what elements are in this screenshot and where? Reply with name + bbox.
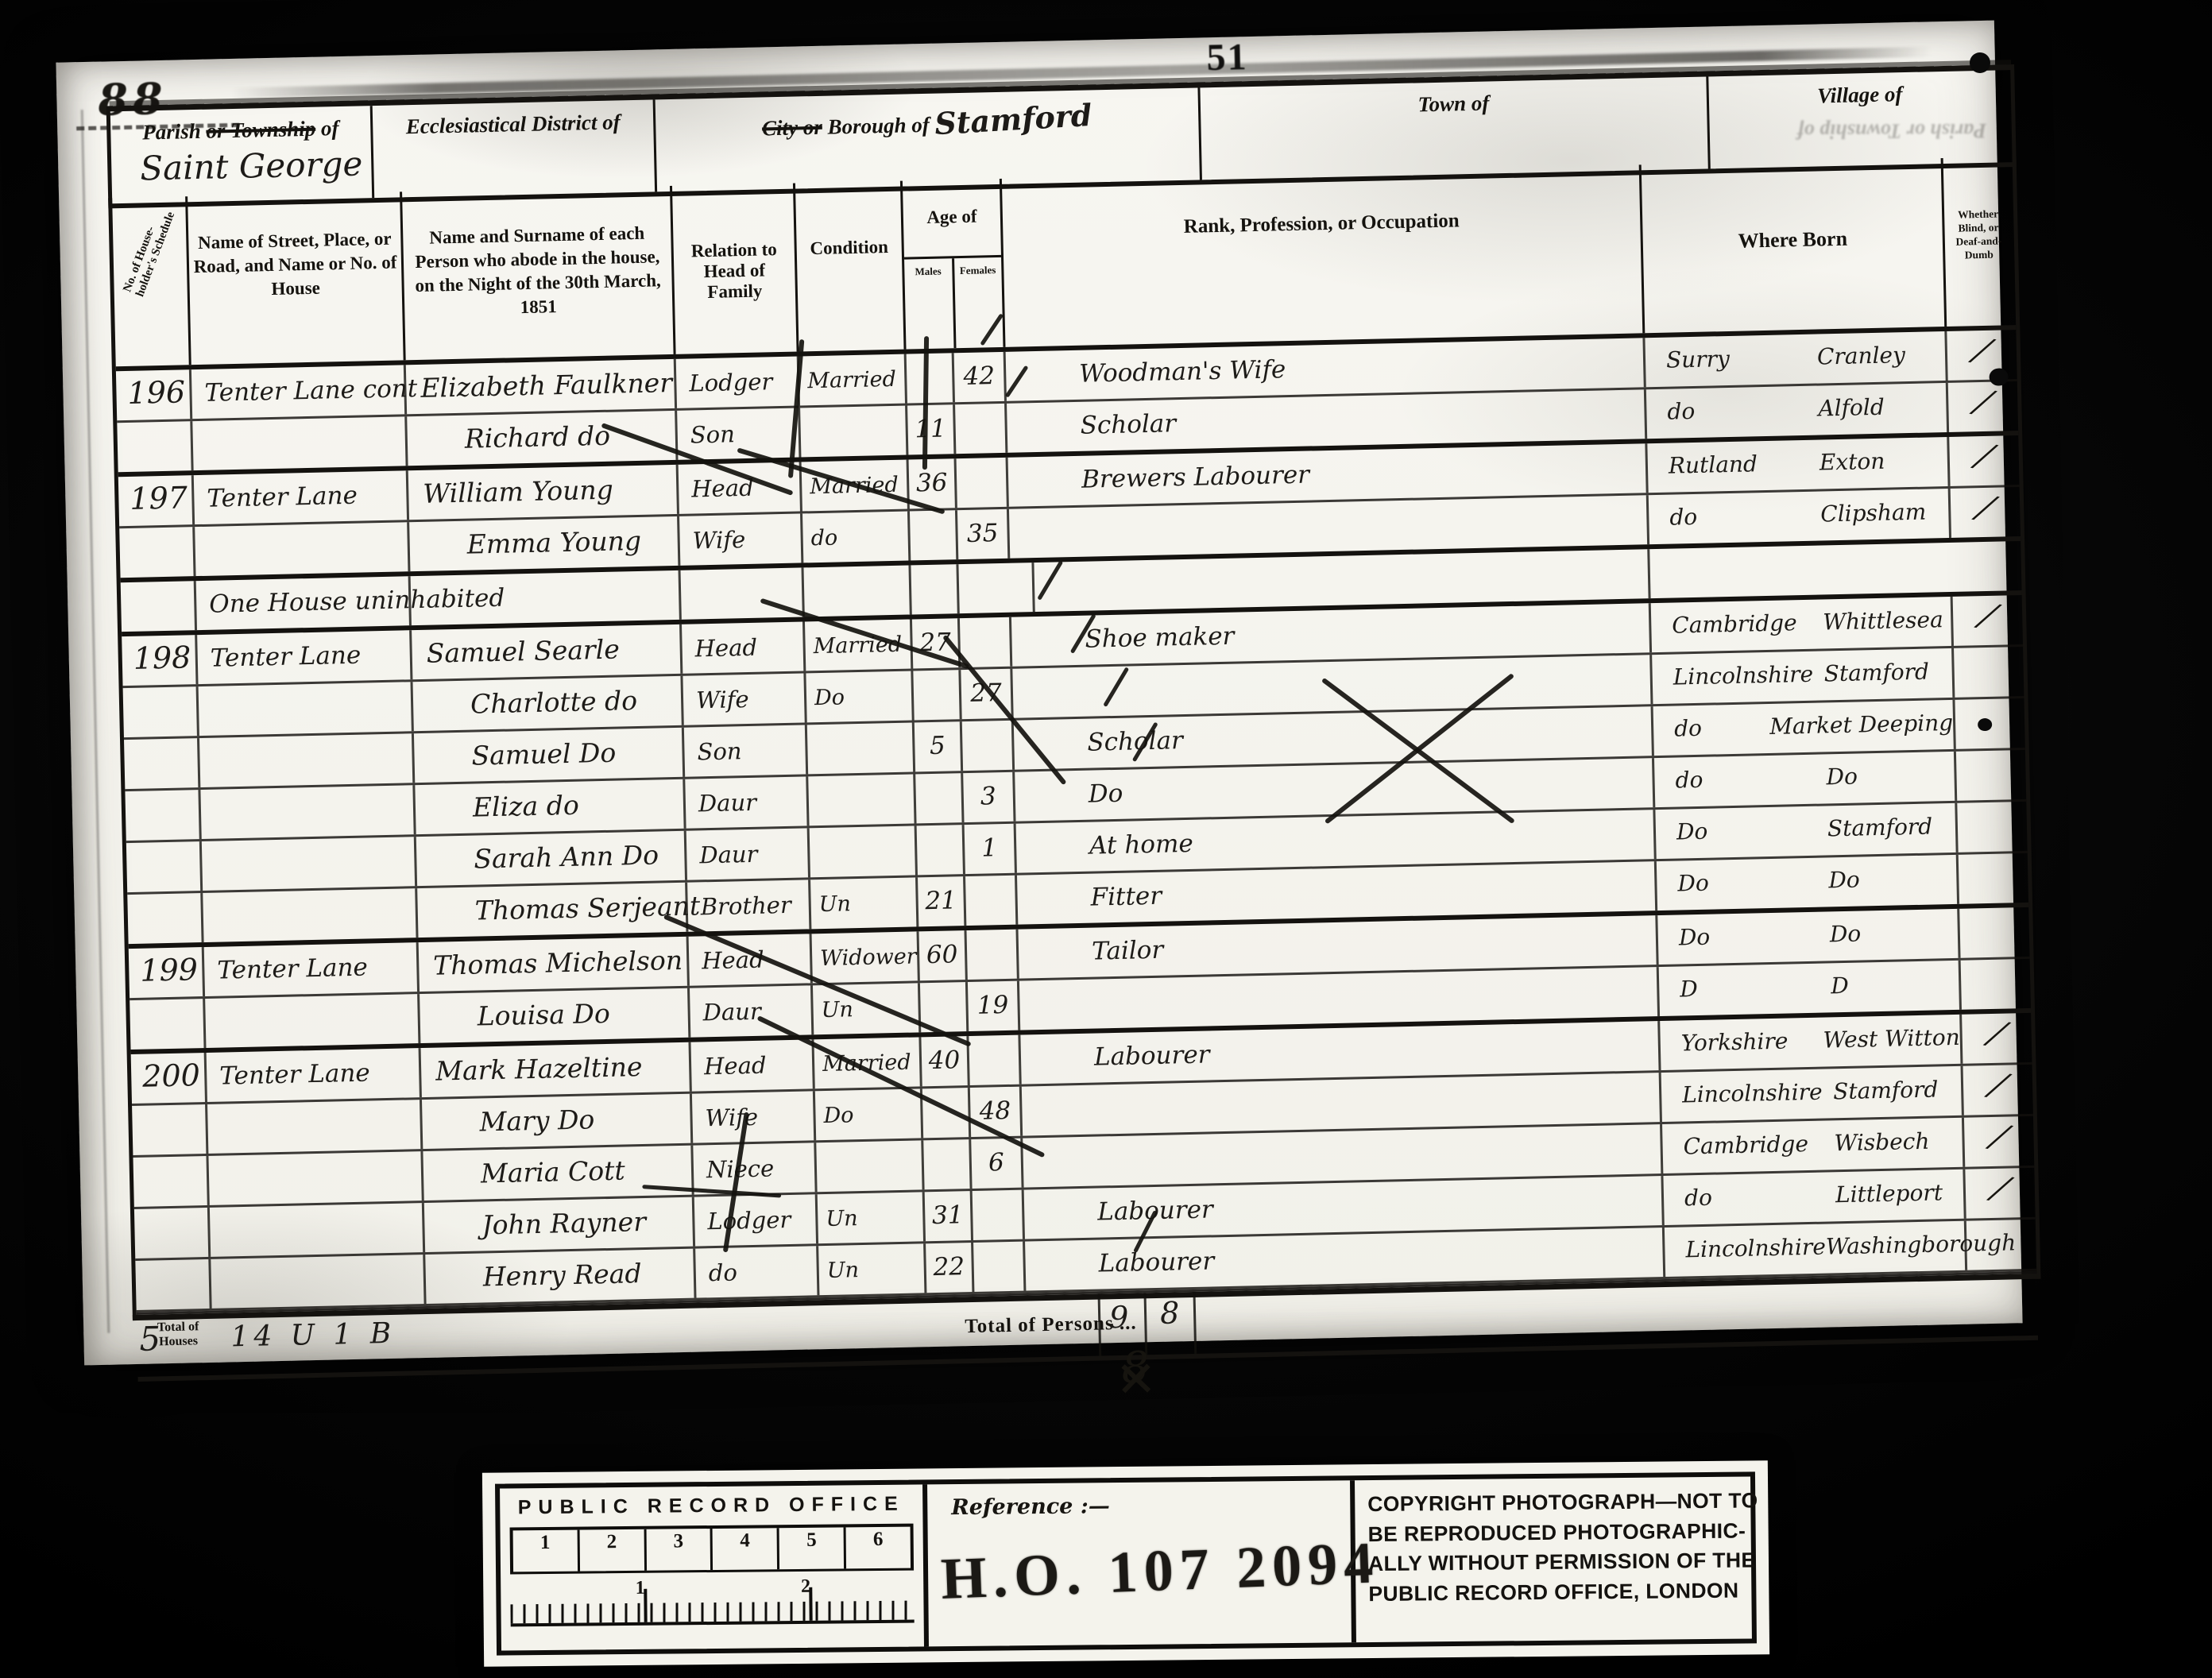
cell-condition: Un bbox=[818, 1192, 926, 1243]
totals-box-line bbox=[1193, 1292, 1197, 1354]
col-age-header: Age of Males Females bbox=[903, 179, 1006, 350]
enumerator-tick: ∕ bbox=[1974, 377, 1992, 427]
folio-number: 51 bbox=[1206, 35, 1248, 79]
born-place: Wisbech bbox=[1834, 1128, 1930, 1170]
cell-age_m bbox=[910, 510, 958, 560]
parish-value: Saint George bbox=[140, 144, 363, 188]
cell-schedule bbox=[130, 999, 206, 1050]
cell-name: William Young bbox=[408, 465, 679, 520]
total-males-value: 9 bbox=[1109, 1300, 1129, 1336]
enumeration-table: No. of House- holder's Schedule Name of … bbox=[108, 157, 2040, 1320]
ruler-number: 2 bbox=[801, 1576, 810, 1598]
ruler-ticks bbox=[510, 1601, 914, 1624]
born-county: Cambridge bbox=[1683, 1130, 1835, 1173]
cell-name: Charlotte do bbox=[413, 676, 684, 731]
born-county: do bbox=[1684, 1181, 1836, 1224]
born-county: do bbox=[1675, 764, 1827, 806]
enumerator-tick: ∕ bbox=[1975, 431, 1993, 481]
cell-street bbox=[200, 785, 416, 839]
cell-blind: ∕ bbox=[1962, 1013, 2030, 1064]
enumerator-tick: ∕ bbox=[1988, 1009, 2005, 1058]
cell-street bbox=[205, 994, 420, 1048]
cell-condition: Un bbox=[818, 1243, 926, 1295]
cell-relation: Daur bbox=[690, 985, 814, 1037]
cell-age_f bbox=[973, 1242, 1026, 1292]
ruler-inch-1: 1 bbox=[513, 1530, 580, 1572]
born-place: Do bbox=[1830, 921, 1862, 961]
reference-value-stamp: H.O. 107 2094 bbox=[940, 1529, 1381, 1614]
cell-name: Thomas Serjeant bbox=[417, 883, 688, 938]
cell-blind bbox=[1959, 907, 2028, 958]
cell-schedule bbox=[124, 738, 200, 789]
cell-age_m: 60 bbox=[919, 930, 968, 980]
enumerator-tick: ∕ bbox=[1974, 326, 1991, 375]
paper-fold-line bbox=[81, 110, 110, 1333]
cell-relation: Niece bbox=[693, 1143, 817, 1194]
cell-condition: Do bbox=[815, 1088, 923, 1140]
cell-age_f bbox=[962, 721, 1015, 771]
cell-condition: Do bbox=[806, 671, 914, 722]
cell-age_f: 19 bbox=[968, 981, 1020, 1031]
reference-label: Reference :— bbox=[951, 1491, 1350, 1520]
cell-relation: Daur bbox=[686, 828, 810, 880]
pro-reference-box: Reference :— H.O. 107 2094 bbox=[927, 1480, 1356, 1646]
cell-schedule bbox=[135, 1259, 211, 1310]
born-place: Do bbox=[1826, 764, 1858, 804]
cell-street bbox=[203, 888, 418, 942]
parish-label-pre: Parish bbox=[142, 119, 201, 145]
cell-born: doLittleport bbox=[1663, 1170, 1966, 1225]
cell-schedule bbox=[133, 1156, 209, 1207]
born-place: Whittlesea bbox=[1823, 606, 1943, 648]
cell-age_f: 1 bbox=[965, 824, 1017, 874]
cell-blind bbox=[1959, 853, 2027, 904]
cell-relation: Head bbox=[690, 1039, 814, 1091]
col-relation-header: Relation to Head of Family bbox=[672, 184, 799, 354]
cell-born: SurryCranley bbox=[1645, 331, 1947, 387]
born-county: do bbox=[1674, 713, 1770, 756]
born-place: Do bbox=[1828, 867, 1860, 907]
cell-street bbox=[192, 416, 408, 470]
cell-relation bbox=[411, 570, 682, 625]
cell-schedule bbox=[125, 790, 201, 841]
cell-born: doClipsham bbox=[1649, 489, 1951, 544]
cell-born: CambridgeWisbech bbox=[1662, 1118, 1965, 1173]
cell-age_m: 21 bbox=[918, 876, 966, 926]
cell-age_m: 5 bbox=[915, 721, 963, 771]
total-females-value: 8 bbox=[1160, 1295, 1180, 1331]
born-county: Do bbox=[1677, 867, 1829, 910]
town-label: Town of bbox=[1200, 77, 1707, 122]
born-place: Market Deeping bbox=[1769, 709, 1954, 753]
borough-label: City or Borough of Stamford bbox=[655, 87, 1199, 145]
cell-relation: Lodger bbox=[676, 356, 800, 408]
cell-street: Tenter Lane bbox=[197, 630, 412, 684]
cell-schedule: 196 bbox=[116, 369, 192, 420]
cell-relation: do bbox=[695, 1246, 819, 1297]
cell-blind bbox=[1956, 750, 2024, 801]
born-county: Lincolnshire bbox=[1673, 660, 1824, 703]
cell-street bbox=[199, 682, 414, 736]
cell-born: LincolnshireWashingborough bbox=[1665, 1221, 1967, 1277]
margin-houses-count: 5 bbox=[139, 1319, 161, 1359]
born-county: Do bbox=[1676, 815, 1828, 858]
cell-age_m bbox=[803, 565, 911, 617]
cell-relation: Wife bbox=[683, 673, 806, 725]
cell-schedule: 200 bbox=[131, 1053, 207, 1104]
cell-street bbox=[210, 1203, 425, 1257]
cell-relation: Son bbox=[684, 725, 808, 776]
crossed-out-figure: 8 bbox=[1121, 1342, 1150, 1393]
ruler-inch-2: 2 bbox=[579, 1529, 646, 1572]
cell-schedule bbox=[117, 421, 193, 472]
cell-blind: ∕ bbox=[1965, 1168, 2033, 1219]
col-street-header: Name of Street, Place, or Road, and Name… bbox=[188, 191, 406, 365]
cell-condition bbox=[807, 722, 915, 774]
cell-condition bbox=[816, 1140, 924, 1192]
ruler-inch-4: 4 bbox=[713, 1528, 779, 1570]
cell-schedule: 198 bbox=[122, 635, 198, 686]
cell-born: DD bbox=[1659, 961, 1962, 1016]
cell-blind: ∕ bbox=[1953, 595, 2021, 646]
ruler-inch-5: 5 bbox=[779, 1527, 846, 1569]
copyright-line: BE REPRODUCED PHOTOGRAPHIC- bbox=[1367, 1516, 1739, 1549]
total-houses-value: 14 U 1 B bbox=[230, 1317, 396, 1354]
cell-street bbox=[199, 733, 415, 787]
born-place: Stamford bbox=[1827, 814, 1933, 856]
cell-name: Samuel Searle bbox=[412, 624, 683, 679]
borough-label-struck: City or bbox=[762, 115, 822, 141]
scanned-census-photograph: 88 51 Parish or Township of Saint George… bbox=[0, 0, 2212, 1678]
cell-blind: ∕ bbox=[1949, 435, 2017, 486]
copyright-line: ALLY WITHOUT PERMISSION OF THE bbox=[1368, 1546, 1740, 1579]
born-place: Clipsham bbox=[1820, 499, 1927, 541]
born-county: D bbox=[1680, 972, 1831, 1015]
born-place: Stamford bbox=[1833, 1076, 1939, 1118]
cell-name: Elizabeth Faulkner bbox=[406, 359, 677, 414]
cell-born: CambridgeWhittlesea bbox=[1651, 597, 1954, 652]
cell-relation: Daur bbox=[685, 776, 809, 828]
cell-relation: Wife bbox=[692, 1091, 816, 1143]
cell-born: doDo bbox=[1654, 752, 1957, 807]
pro-reference-plate: PUBLIC RECORD OFFICE 123456 1 2 Referenc… bbox=[482, 1460, 1769, 1667]
cell-age_f: 42 bbox=[954, 352, 1007, 402]
cell-age_f: 3 bbox=[963, 772, 1015, 822]
cell-name: Thomas Michelson bbox=[419, 937, 690, 992]
cell-born: DoDo bbox=[1657, 855, 1959, 911]
cell-street: Tenter Lane bbox=[194, 470, 409, 524]
cell-age_f bbox=[955, 404, 1007, 454]
cell-age_m bbox=[922, 1088, 971, 1138]
born-county: Do bbox=[1679, 921, 1831, 964]
cell-age_f: 35 bbox=[957, 509, 1010, 559]
cell-name: Emma Young bbox=[409, 516, 680, 571]
cell-age_m bbox=[923, 1139, 972, 1189]
cell-schedule bbox=[119, 527, 195, 578]
cell-condition bbox=[808, 774, 916, 825]
borough-value: Stamford bbox=[934, 97, 1092, 141]
born-place: Cranley bbox=[1817, 342, 1906, 383]
census-page: 88 51 Parish or Township of Saint George… bbox=[56, 21, 2022, 1366]
cell-condition: Un bbox=[810, 877, 918, 929]
cell-age_m bbox=[915, 773, 964, 823]
district-cell: Ecclesiastical District of bbox=[373, 99, 657, 198]
born-county: do bbox=[1667, 396, 1819, 439]
pro-plate-frame: PUBLIC RECORD OFFICE 123456 1 2 Referenc… bbox=[495, 1471, 1757, 1655]
col-schedule-header-text: No. of House- holder's Schedule bbox=[121, 196, 183, 299]
cell-schedule bbox=[123, 686, 199, 737]
cell-condition bbox=[681, 567, 805, 619]
col-males-header: Males bbox=[904, 258, 956, 349]
cell-name: Samuel Do bbox=[414, 728, 685, 783]
cell-schedule bbox=[134, 1208, 211, 1258]
cell-relation: Wife bbox=[679, 513, 803, 565]
born-place: D bbox=[1831, 972, 1850, 1012]
pro-copyright-box: COPYRIGHT PHOTOGRAPH—NOT TOBE REPRODUCED… bbox=[1355, 1476, 1752, 1642]
cell-street: One House uninhabited bbox=[196, 576, 412, 630]
cell-condition: Married bbox=[814, 1037, 922, 1088]
cell-name: Louisa Do bbox=[420, 988, 690, 1043]
cell-schedule bbox=[121, 581, 197, 632]
ruler-inch-6: 6 bbox=[846, 1527, 911, 1569]
col-females-header: Females bbox=[954, 257, 1004, 348]
cell-age_m: 22 bbox=[926, 1243, 974, 1293]
cell-relation: Lodger bbox=[694, 1194, 818, 1246]
cell-age_f bbox=[911, 564, 959, 614]
born-place: Exton bbox=[1819, 448, 1885, 489]
cell-name: Henry Read bbox=[425, 1249, 696, 1304]
borough-label-post: Borough of bbox=[827, 113, 930, 139]
cell-born: RutlandExton bbox=[1647, 437, 1950, 493]
cell-age_m bbox=[907, 353, 955, 403]
parish-label-struck: or Township bbox=[206, 117, 315, 143]
cell-street: Tenter Lane bbox=[204, 942, 420, 996]
cell-schedule bbox=[127, 893, 203, 944]
cell-age_m bbox=[913, 670, 961, 720]
parish-cell: Parish or Township of Saint George bbox=[110, 106, 374, 203]
cell-relation: Brother bbox=[687, 880, 811, 931]
born-county: Lincolnshire bbox=[1682, 1078, 1834, 1121]
cell-street bbox=[207, 1100, 423, 1154]
cell-name: Mark Hazeltine bbox=[421, 1042, 692, 1097]
cell-age_f bbox=[957, 458, 1009, 508]
enumerator-tick: ∕ bbox=[1990, 1112, 2008, 1162]
cell-condition: do bbox=[802, 512, 911, 563]
pro-ruler-box: PUBLIC RECORD OFFICE 123456 1 2 bbox=[500, 1484, 929, 1650]
district-label: Ecclesiastical District of bbox=[373, 99, 654, 140]
born-county: Rutland bbox=[1669, 450, 1820, 493]
ruler-inch-scale: 123456 bbox=[510, 1524, 915, 1575]
cell-street bbox=[211, 1255, 426, 1309]
cell-blind bbox=[1961, 959, 2029, 1010]
ruler-sub-scale: 1 2 bbox=[510, 1571, 915, 1627]
cell-relation: Head bbox=[689, 934, 813, 985]
born-county: Lincolnshire bbox=[1685, 1234, 1826, 1277]
cell-age_f bbox=[960, 617, 1012, 667]
enumeration-rows: 196Tenter Lane contElizabeth FaulknerLod… bbox=[116, 330, 2036, 1313]
cell-street bbox=[202, 837, 417, 891]
cell-name: Sarah Ann Do bbox=[416, 831, 687, 886]
born-county: Yorkshire bbox=[1680, 1027, 1823, 1070]
cell-born: LincolnshireStamford bbox=[1652, 648, 1955, 704]
cell-age_f: 6 bbox=[971, 1139, 1023, 1189]
enumerator-tick: ∕ bbox=[1990, 1061, 2007, 1110]
cell-condition: Un bbox=[813, 983, 921, 1034]
cell-blind: ∕ bbox=[1964, 1116, 2032, 1167]
cell-street bbox=[195, 522, 410, 576]
cell-condition bbox=[800, 406, 908, 458]
cell-name: Eliza do bbox=[415, 779, 686, 834]
ghost-printthrough-text: Parish or Township of bbox=[1797, 118, 1986, 143]
copyright-line: COPYRIGHT PHOTOGRAPH—NOT TO bbox=[1367, 1487, 1739, 1520]
cell-name: John Rayner bbox=[424, 1197, 695, 1252]
born-place: Alfold bbox=[1818, 394, 1885, 435]
ruler-inch-3: 3 bbox=[646, 1529, 713, 1571]
copyright-line: PUBLIC RECORD OFFICE, LONDON bbox=[1368, 1576, 1740, 1609]
cell-schedule: 199 bbox=[129, 947, 205, 998]
cell-schedule: 197 bbox=[118, 475, 195, 526]
enumerator-tick: ∕ bbox=[1977, 483, 1994, 532]
born-county: Cambridge bbox=[1672, 609, 1823, 651]
born-place: Stamford bbox=[1823, 659, 1929, 701]
col-occupation-header: Rank, Profession, or Occupation bbox=[1002, 164, 1645, 347]
cell-age_f bbox=[965, 876, 1018, 926]
cell-age_f bbox=[969, 1035, 1021, 1085]
cell-condition: Widower bbox=[812, 931, 920, 983]
cell-street bbox=[208, 1151, 423, 1205]
cell-condition bbox=[810, 825, 918, 877]
cell-name: Mary Do bbox=[422, 1094, 693, 1149]
cell-born: DoStamford bbox=[1655, 803, 1958, 859]
village-cell: Village of Parish or Township of bbox=[1708, 70, 2012, 168]
col-blind-header: Whether Blind, or Deaf-and-Dumb bbox=[1943, 157, 2015, 327]
cell-blind: ∕ bbox=[1948, 381, 2017, 432]
cell-street: Tenter Lane bbox=[207, 1048, 422, 1102]
cell-blind bbox=[1966, 1220, 2035, 1270]
cell-age_m: 31 bbox=[925, 1191, 973, 1241]
cell-blind: ∕ bbox=[1951, 487, 2019, 538]
col-schedule-header: No. of House- holder's Schedule bbox=[112, 196, 191, 366]
cell-age_m: 11 bbox=[907, 404, 956, 454]
col-name-header: Name and Surname of each Person who abod… bbox=[402, 186, 676, 360]
col-born-header: Where Born bbox=[1642, 158, 1947, 333]
enumerator-tick: ∕ bbox=[1979, 591, 1997, 640]
enumerator-tick: ∕ bbox=[1992, 1164, 2009, 1213]
cell-blind bbox=[1957, 802, 2025, 853]
pro-office-title: PUBLIC RECORD OFFICE bbox=[509, 1493, 913, 1520]
born-county: do bbox=[1669, 501, 1821, 543]
parish-label: Parish or Township of bbox=[110, 106, 371, 145]
cell-age_f bbox=[967, 930, 1019, 980]
cell-born: YorkshireWest Witton bbox=[1660, 1015, 1963, 1070]
col-condition-header: Condition bbox=[795, 181, 907, 352]
cell-age_m bbox=[917, 825, 965, 875]
cell-born: doAlfold bbox=[1646, 383, 1949, 439]
born-place: Littleport bbox=[1835, 1179, 1943, 1221]
village-label: Village of bbox=[1708, 70, 2011, 110]
cell-blind: ∕ bbox=[1963, 1065, 2032, 1115]
cell-born: doMarket Deeping bbox=[1653, 700, 1956, 756]
col-age-header-text: Age of bbox=[903, 179, 1001, 257]
cell-age_f bbox=[973, 1190, 1025, 1240]
cell-schedule bbox=[132, 1104, 208, 1155]
cell-blind bbox=[1649, 543, 1952, 598]
cell-born: LincolnshireStamford bbox=[1661, 1066, 1964, 1122]
ruler-number: 1 bbox=[636, 1578, 645, 1599]
cell-name: Maria Cott bbox=[423, 1146, 694, 1201]
cell-relation: Head bbox=[682, 621, 806, 673]
cell-blind bbox=[1954, 647, 2022, 698]
cell-condition: Married bbox=[799, 354, 907, 406]
cell-born: DoDo bbox=[1657, 909, 1960, 965]
born-place: West Witton bbox=[1823, 1024, 1960, 1067]
cell-street: Tenter Lane cont bbox=[191, 365, 407, 419]
parish-label-post: of bbox=[321, 116, 339, 140]
born-county: Surry bbox=[1666, 344, 1818, 387]
cell-schedule bbox=[126, 841, 203, 892]
